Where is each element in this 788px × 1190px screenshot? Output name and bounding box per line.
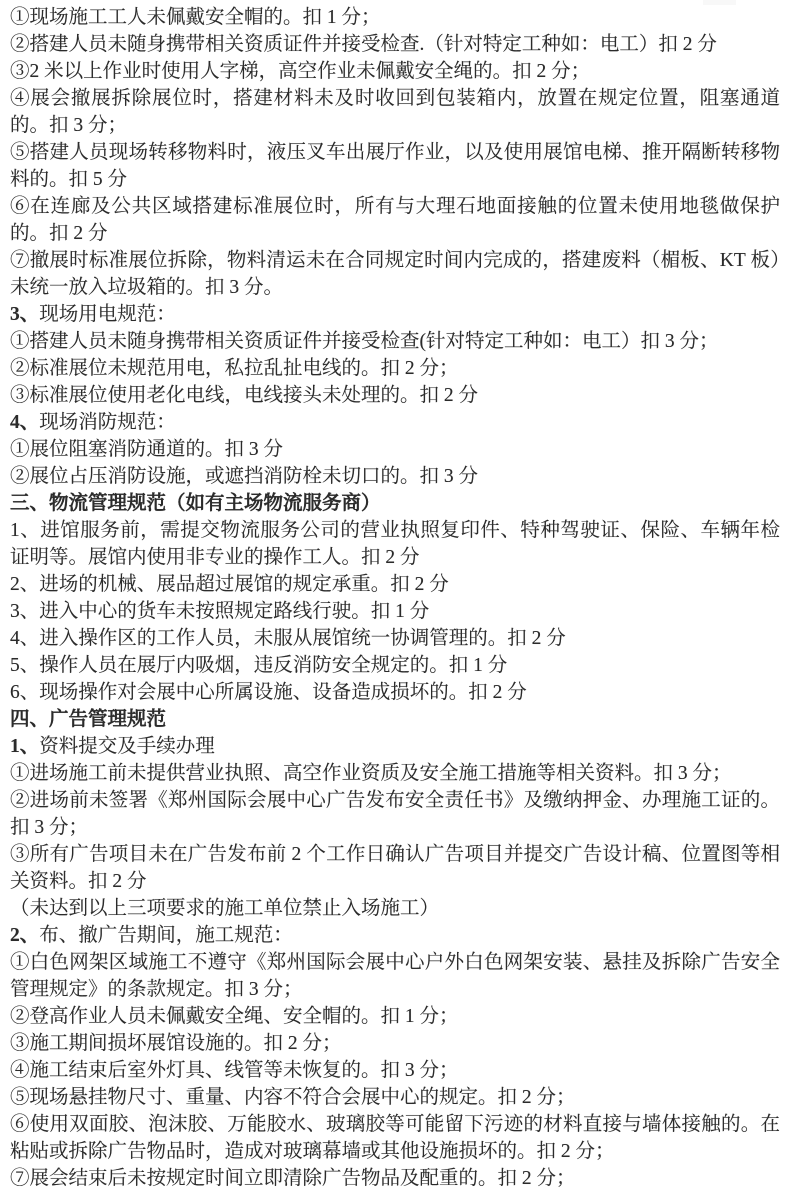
- rule-paragraph: ⑤搭建人员现场转移物料时，液压叉车出展厅作业，以及使用展馆电梯、推开隔断转移物料…: [10, 139, 780, 193]
- rule-paragraph: 1、进馆服务前，需提交物流服务公司的营业执照复印件、特种驾驶证、保险、车辆年检证…: [10, 517, 780, 571]
- rule-paragraph: ①展位阻塞消防通道的。扣 3 分: [10, 436, 780, 463]
- rule-paragraph: ②搭建人员未随身携带相关资质证件并接受检查.（针对特定工种如：电工）扣 2 分: [10, 31, 780, 58]
- rule-paragraph: 6、现场操作对会展中心所属设施、设备造成损坏的。扣 2 分: [10, 679, 780, 706]
- rule-paragraph: ①现场施工工人未佩戴安全帽的。扣 1 分；: [10, 4, 780, 31]
- item-number: 1、: [10, 736, 39, 757]
- document-body: ①现场施工工人未佩戴安全帽的。扣 1 分；②搭建人员未随身携带相关资质证件并接受…: [10, 4, 780, 1190]
- rule-paragraph: ①搭建人员未随身携带相关资质证件并接受检查(针对特定工种如：电工）扣 3 分；: [10, 328, 780, 355]
- rule-paragraph: ②登高作业人员未佩戴安全绳、安全帽的。扣 1 分；: [10, 1003, 780, 1030]
- rule-paragraph: ④展会撤展拆除展位时，搭建材料未及时收回到包装箱内，放置在规定位置，阻塞通道的。…: [10, 85, 780, 139]
- rule-paragraph: 3、现场用电规范：: [10, 301, 780, 328]
- item-text: 现场消防规范：: [39, 412, 176, 433]
- item-text: 布、撤广告期间，施工规范：: [39, 925, 293, 946]
- rule-paragraph: ③施工期间损坏展馆设施的。扣 2 分；: [10, 1030, 780, 1057]
- rule-paragraph: ④施工结束后室外灯具、线管等未恢复的。扣 3 分；: [10, 1057, 780, 1084]
- item-number: 2、: [10, 925, 39, 946]
- rule-paragraph: ⑦撤展时标准展位拆除，物料清运未在合同规定时间内完成的，搭建废料（楣板、KT 板…: [10, 247, 780, 301]
- rule-paragraph: ⑥使用双面胶、泡沫胶、万能胶水、玻璃胶等可能留下污迹的材料直接与墙体接触的。在粘…: [10, 1111, 780, 1165]
- rule-paragraph: ③2 米以上作业时使用人字梯，高空作业未佩戴安全绳的。扣 2 分；: [10, 58, 780, 85]
- rule-paragraph: ①进场施工前未提供营业执照、高空作业资质及安全施工措施等相关资料。扣 3 分；: [10, 760, 780, 787]
- section-heading: 三、物流管理规范（如有主场物流服务商）: [10, 490, 780, 517]
- rule-paragraph: 4、现场消防规范：: [10, 409, 780, 436]
- rule-paragraph: ②进场前未签署《郑州国际会展中心广告发布安全责任书》及缴纳押金、办理施工证的。扣…: [10, 787, 780, 841]
- rule-paragraph: ②标准展位未规范用电，私拉乱扯电线的。扣 2 分；: [10, 355, 780, 382]
- rule-paragraph: 2、布、撤广告期间，施工规范：: [10, 922, 780, 949]
- rule-paragraph: 5、操作人员在展厅内吸烟，违反消防安全规定的。扣 1 分: [10, 652, 780, 679]
- item-number: 4、: [10, 412, 39, 433]
- item-text: 现场用电规范：: [39, 304, 176, 325]
- rule-paragraph: ③标准展位使用老化电线，电线接头未处理的。扣 2 分: [10, 382, 780, 409]
- section-heading: 四、广告管理规范: [10, 706, 780, 733]
- rule-paragraph: ⑥在连廊及公共区域搭建标准展位时，所有与大理石地面接触的位置未使用地毯做保护的。…: [10, 193, 780, 247]
- rule-paragraph: ③所有广告项目未在广告发布前 2 个工作日确认广告项目并提交广告设计稿、位置图等…: [10, 841, 780, 895]
- rule-paragraph: （未达到以上三项要求的施工单位禁止入场施工）: [10, 895, 780, 922]
- rule-paragraph: 1、资料提交及手续办理: [10, 733, 780, 760]
- rule-paragraph: ⑤现场悬挂物尺寸、重量、内容不符合会展中心的规定。扣 2 分；: [10, 1084, 780, 1111]
- rule-paragraph: ②展位占压消防设施，或遮挡消防栓未切口的。扣 3 分: [10, 463, 780, 490]
- document-page: ①现场施工工人未佩戴安全帽的。扣 1 分；②搭建人员未随身携带相关资质证件并接受…: [0, 0, 788, 1190]
- item-number: 3、: [10, 304, 39, 325]
- rule-paragraph: ①白色网架区域施工不遵守《郑州国际会展中心户外白色网架安装、悬挂及拆除广告安全管…: [10, 949, 780, 1003]
- rule-paragraph: ⑦展会结束后未按规定时间立即清除广告物品及配重的。扣 2 分；: [10, 1165, 780, 1190]
- rule-paragraph: 3、进入中心的货车未按照规定路线行驶。扣 1 分: [10, 598, 780, 625]
- item-text: 资料提交及手续办理: [39, 736, 215, 757]
- scan-artifact: [703, 0, 736, 5]
- rule-paragraph: 2、进场的机械、展品超过展馆的规定承重。扣 2 分: [10, 571, 780, 598]
- rule-paragraph: 4、进入操作区的工作人员，未服从展馆统一协调管理的。扣 2 分: [10, 625, 780, 652]
